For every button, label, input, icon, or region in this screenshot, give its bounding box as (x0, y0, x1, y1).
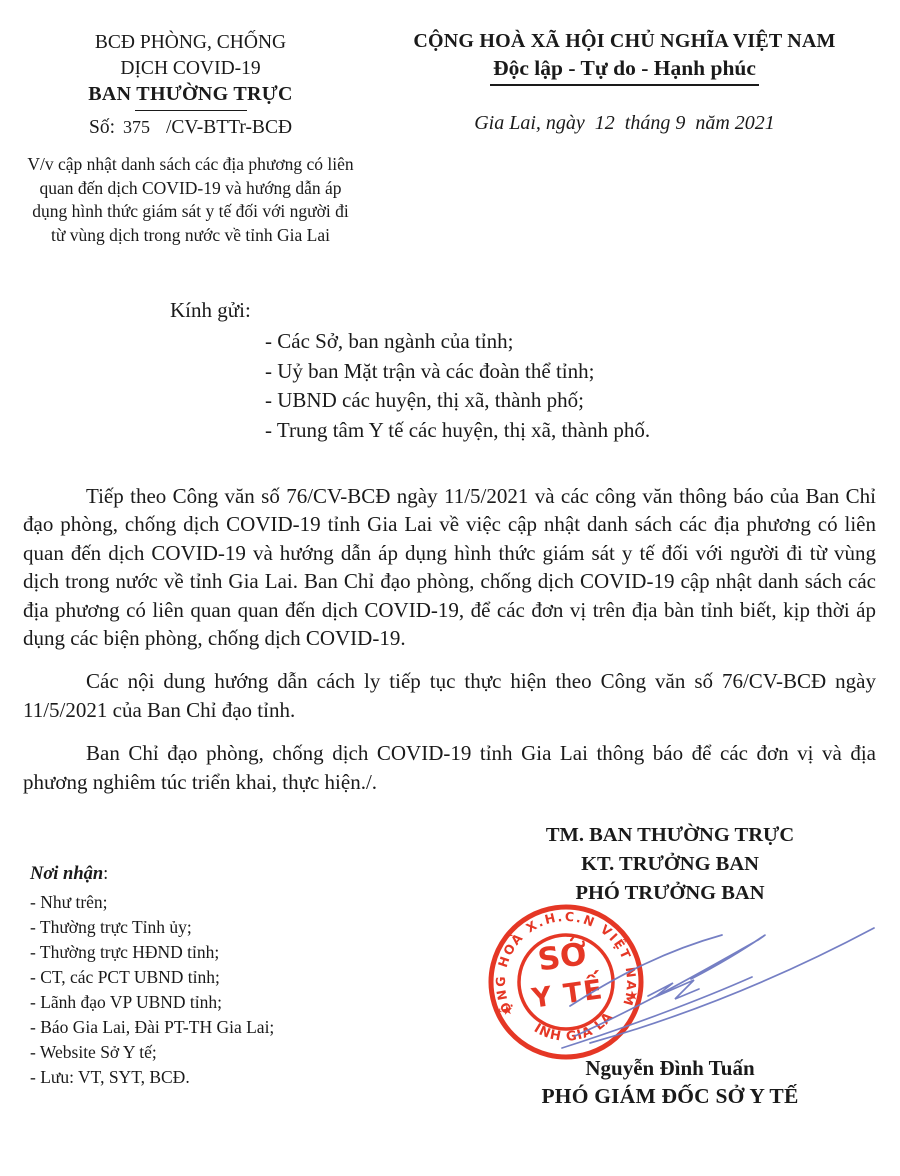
place-dateline: Gia Lai, ngày 12 tháng 9 năm 2021 (363, 112, 886, 135)
closing-authority-block: TM. BAN THƯỜNG TRỰC KT. TRƯỞNG BAN PHÓ T… (450, 821, 890, 908)
salutation: Kính gửi: (170, 297, 900, 323)
stamp-star-right-icon: ★ (626, 988, 640, 1004)
cc-colon: : (103, 864, 108, 884)
stamp-center-line2: Y TẾ (528, 970, 605, 1015)
document-number-value: 375 (123, 117, 150, 137)
document-number-label: Số: (89, 117, 115, 138)
document-subject: V/v cập nhật danh sách các địa phương có… (25, 153, 357, 247)
cc-item: - Thường trực HĐND tỉnh; (30, 940, 274, 965)
body-paragraph: Ban Chỉ đạo phòng, chống dịch COVID-19 t… (23, 739, 876, 796)
cc-heading: Nơi nhận: (30, 864, 274, 885)
issuer-org-line2: DỊCH COVID-19 (18, 56, 363, 82)
body-paragraph: Tiếp theo Công văn số 76/CV-BCĐ ngày 11/… (23, 482, 876, 652)
national-motto-line2: Độc lập - Tự do - Hạnh phúc (490, 56, 759, 86)
issuing-authority-block: BCĐ PHÒNG, CHỐNG DỊCH COVID-19 BAN THƯỜN… (18, 30, 363, 247)
cc-item: - Báo Gia Lai, Đài PT-TH Gia Lai; (30, 1015, 274, 1040)
closing-authority-line2: KT. TRƯỞNG BAN (450, 850, 890, 879)
document-number: Số:375/CV-BTTr-BCĐ (18, 117, 363, 139)
national-header-block: CỘNG HOÀ XÃ HỘI CHỦ NGHĨA VIỆT NAM Độc l… (363, 30, 890, 247)
recipients-section: Kính gửi: - Các Sở, ban ngành của tỉnh; … (170, 297, 900, 445)
document-body: Tiếp theo Công văn số 76/CV-BCĐ ngày 11/… (23, 482, 876, 796)
stamp-center-line1: SỞ (535, 932, 589, 978)
signer-title: PHÓ GIÁM ĐỐC SỞ Y TẾ (450, 1084, 890, 1109)
recipient-item: - Trung tâm Y tế các huyện, thị xã, thàn… (265, 416, 900, 446)
body-paragraph: Các nội dung hướng dẫn cách ly tiếp tục … (23, 667, 876, 724)
stamp-star-left-icon: ★ (501, 1003, 515, 1019)
cc-item: - CT, các PCT UBND tỉnh; (30, 965, 274, 990)
cc-block: Nơi nhận: - Như trên; - Thường trực Tỉnh… (30, 864, 274, 1090)
cc-label: Nơi nhận (30, 864, 103, 884)
document-number-suffix: /CV-BTTr-BCĐ (166, 117, 292, 138)
recipient-item: - Uỷ ban Mặt trận và các đoàn thể tỉnh; (265, 357, 900, 387)
closing-authority-line3: PHÓ TRƯỞNG BAN (450, 879, 890, 908)
issuer-org-line1: BCĐ PHÒNG, CHỐNG (18, 30, 363, 56)
cc-item: - Website Sở Y tế; (30, 1040, 274, 1065)
cc-item: - Lãnh đạo VP UBND tỉnh; (30, 990, 274, 1015)
signature-section: TM. BAN THƯỜNG TRỰC KT. TRƯỞNG BAN PHÓ T… (0, 811, 900, 1142)
document-header: BCĐ PHÒNG, CHỐNG DỊCH COVID-19 BAN THƯỜN… (0, 0, 900, 247)
issuer-department: BAN THƯỜNG TRỰC (18, 83, 363, 106)
national-motto-line1: CỘNG HOÀ XÃ HỘI CHỦ NGHĨA VIỆT NAM (363, 30, 886, 53)
cc-item: - Như trên; (30, 890, 274, 915)
cc-list: - Như trên; - Thường trực Tỉnh ủy; - Thư… (30, 890, 274, 1090)
closing-authority-line1: TM. BAN THƯỜNG TRỰC (450, 821, 890, 850)
cc-item: - Lưu: VT, SYT, BCĐ. (30, 1065, 274, 1090)
signature-scribble-icon (562, 928, 874, 1048)
signer-name: Nguyễn Đình Tuấn (450, 1056, 890, 1081)
document-page: BCĐ PHÒNG, CHỐNG DỊCH COVID-19 BAN THƯỜN… (0, 0, 900, 1176)
recipient-item: - Các Sở, ban ngành của tỉnh; (265, 327, 900, 357)
cc-item: - Thường trực Tỉnh ủy; (30, 915, 274, 940)
issuer-divider (135, 110, 247, 111)
signer-block: Nguyễn Đình Tuấn PHÓ GIÁM ĐỐC SỞ Y TẾ (450, 1056, 890, 1109)
recipient-list: - Các Sở, ban ngành của tỉnh; - Uỷ ban M… (265, 327, 900, 445)
recipient-item: - UBND các huyện, thị xã, thành phố; (265, 386, 900, 416)
